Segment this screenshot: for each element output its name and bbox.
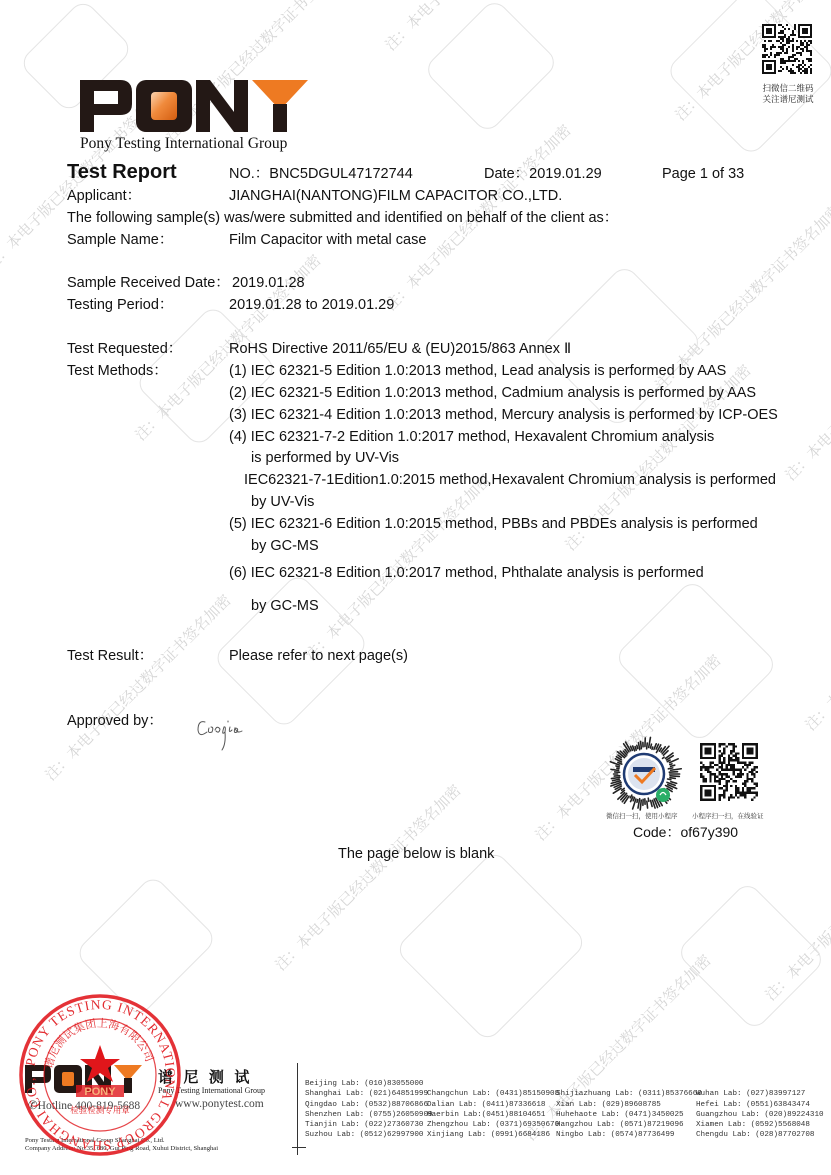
method-item: (5) IEC 62321-6 Edition 1.0:2015 method,… bbox=[229, 515, 758, 533]
method-item-continued: by GC-MS bbox=[251, 537, 319, 555]
lab-contact: Tianjin Lab: (022)27360730 bbox=[305, 1120, 433, 1130]
method-item: (4) IEC 62321-7-2 Edition 1.0:2017 metho… bbox=[229, 428, 714, 446]
watermark-text: 注：本电子版已经过数字证书签名加密 bbox=[780, 290, 831, 485]
method-item-continued: is performed by UV-Vis bbox=[251, 449, 399, 467]
approved-label: Approved by： bbox=[67, 712, 163, 730]
period-value: 2019.01.28 to 2019.01.29 bbox=[229, 296, 394, 314]
method-item: (2) IEC 62321-5 Edition 1.0:2013 method,… bbox=[229, 384, 756, 402]
report-date-label: Date： bbox=[484, 166, 529, 182]
lab-contact: Xiamen Lab: (0592)5568048 bbox=[696, 1120, 824, 1130]
lab-contact: Zhengzhou Lab: (0371)69350670 bbox=[427, 1120, 559, 1130]
method-item-continued: by GC-MS bbox=[251, 597, 319, 615]
watermark-text: 注：本电子版已经过数字证书签名加密 bbox=[800, 540, 831, 735]
lab-contact: Suzhou Lab: (0512)62997900 bbox=[305, 1130, 433, 1140]
page-indicator: Page 1 of 33 bbox=[662, 165, 744, 183]
methods-label: Test Methods： bbox=[67, 362, 168, 380]
footer-website[interactable]: www.ponytest.com bbox=[175, 1098, 264, 1110]
footer-divider-tick bbox=[292, 1147, 306, 1148]
result-label: Test Result： bbox=[67, 647, 153, 665]
company-seal: PONY TESTING INTERNATIONAL GROUP SHANGHA… bbox=[18, 993, 182, 1157]
period-label: Testing Period： bbox=[67, 296, 173, 314]
lab-contact bbox=[696, 1079, 824, 1089]
lab-contact: Changchun Lab: (0431)85150908 bbox=[427, 1089, 559, 1099]
blank-page-note: The page below is blank bbox=[338, 845, 494, 863]
lab-list-column-4: Wuhan Lab: (027)83997127Hefei Lab: (0551… bbox=[696, 1079, 824, 1141]
method-item: (6) IEC 62321-8 Edition 1.0:2017 method,… bbox=[229, 564, 704, 582]
requested-label: Test Requested： bbox=[67, 340, 182, 358]
code-label: Code： bbox=[633, 824, 680, 840]
qr-caption-line2: 关注谱尼测试 bbox=[757, 95, 819, 106]
pony-logo bbox=[80, 80, 308, 132]
report-number-value: BNC5DGUL47172744 bbox=[269, 166, 412, 182]
report-number: NO.：BNC5DGUL47172744 bbox=[229, 165, 413, 183]
lab-contact: Wuhan Lab: (027)83997127 bbox=[696, 1089, 824, 1099]
lab-contact: Dalian Lab: (0411)87336618 bbox=[427, 1100, 559, 1110]
lab-contact: Shijiazhuang Lab: (0311)85376660 bbox=[556, 1089, 702, 1099]
miniprogram-caption: 微信扫一扫，使用小程序 bbox=[606, 811, 678, 820]
method-item: (3) IEC 62321-4 Edition 1.0:2013 method,… bbox=[229, 406, 778, 424]
verification-code: Code：of67y390 bbox=[633, 823, 738, 841]
lab-contact: Chengdu Lab: (028)87702708 bbox=[696, 1130, 824, 1140]
watermark-shape bbox=[394, 849, 588, 1043]
received-value: 2019.01.28 bbox=[232, 274, 305, 292]
footer-divider bbox=[297, 1063, 298, 1155]
lab-contact: Beijing Lab: (010)83055000 bbox=[305, 1079, 433, 1089]
lab-contact: Xinjiang Lab: (0991)6684186 bbox=[427, 1130, 559, 1140]
qr-caption: 扫微信二维码 关注谱尼测试 bbox=[757, 84, 819, 106]
lab-list-column-1: Beijing Lab: (010)83055000Shanghai Lab: … bbox=[305, 1079, 433, 1141]
lab-contact: Shanghai Lab: (021)64851999 bbox=[305, 1089, 433, 1099]
report-title: Test Report bbox=[67, 161, 177, 184]
applicant-value: JIANGHAI(NANTONG)FILM CAPACITOR CO.,LTD. bbox=[229, 187, 562, 205]
svg-text:检验检测专用章: 检验检测专用章 bbox=[70, 1105, 130, 1116]
qr-verify-caption: 小程序扫一扫，在线验证 bbox=[692, 811, 764, 820]
lab-contact: Qingdao Lab: (0532)88706866 bbox=[305, 1100, 433, 1110]
lab-contact: Haerbin Lab:(0451)88104651 bbox=[427, 1110, 559, 1120]
lab-list-column-2: Changchun Lab: (0431)85150908Dalian Lab:… bbox=[427, 1079, 559, 1141]
intro-text: The following sample(s) was/were submitt… bbox=[67, 209, 618, 227]
watermark-shape bbox=[613, 578, 778, 743]
lab-contact: Ningbo Lab: (0574)87736499 bbox=[556, 1130, 702, 1140]
applicant-label: Applicant： bbox=[67, 187, 141, 205]
method-item: IEC62321-7-1Edition1.0:2015 method,Hexav… bbox=[244, 471, 776, 489]
verification-qr-code[interactable] bbox=[700, 743, 758, 801]
received-label: Sample Received Date： bbox=[67, 274, 230, 292]
lab-contact: Shenzhen Lab: (0755)26050909 bbox=[305, 1110, 433, 1120]
lab-contact: Xian Lab: (029)89608785 bbox=[556, 1100, 702, 1110]
result-value: Please refer to next page(s) bbox=[229, 647, 408, 665]
wechat-qr-code[interactable] bbox=[762, 24, 812, 74]
logo-subtitle: Pony Testing International Group bbox=[80, 135, 287, 153]
watermark-shape bbox=[675, 880, 826, 1031]
lab-contact: Guangzhou Lab: (020)89224310 bbox=[696, 1110, 824, 1120]
miniprogram-code[interactable] bbox=[605, 735, 683, 813]
lab-contact: Hangzhou Lab: (0571)87219096 bbox=[556, 1120, 702, 1130]
report-date-value: 2019.01.29 bbox=[529, 166, 602, 182]
watermark-text: 注：本电子版已经过数字证书签名加密 bbox=[40, 590, 235, 785]
requested-value: RoHS Directive 2011/65/EU & (EU)2015/863… bbox=[229, 340, 571, 358]
lab-contact: Huhehaote Lab: (0471)3450025 bbox=[556, 1110, 702, 1120]
lab-contact: Hefei Lab: (0551)63843474 bbox=[696, 1100, 824, 1110]
signature bbox=[195, 712, 255, 752]
report-date: Date：2019.01.29 bbox=[484, 165, 602, 183]
method-item-continued: by UV-Vis bbox=[251, 493, 314, 511]
lab-list-column-3: Shijiazhuang Lab: (0311)85376660Xian Lab… bbox=[556, 1079, 702, 1141]
svg-text:PONY: PONY bbox=[84, 1086, 116, 1098]
method-item: (1) IEC 62321-5 Edition 1.0:2013 method,… bbox=[229, 362, 726, 380]
lab-contact bbox=[427, 1079, 559, 1089]
sample-name-value: Film Capacitor with metal case bbox=[229, 231, 426, 249]
watermark-shape bbox=[422, 0, 559, 135]
sample-name-label: Sample Name： bbox=[67, 231, 173, 249]
code-value: of67y390 bbox=[680, 824, 738, 840]
lab-contact bbox=[556, 1079, 702, 1089]
report-number-label: NO.： bbox=[229, 166, 269, 182]
qr-caption-line1: 扫微信二维码 bbox=[757, 84, 819, 95]
